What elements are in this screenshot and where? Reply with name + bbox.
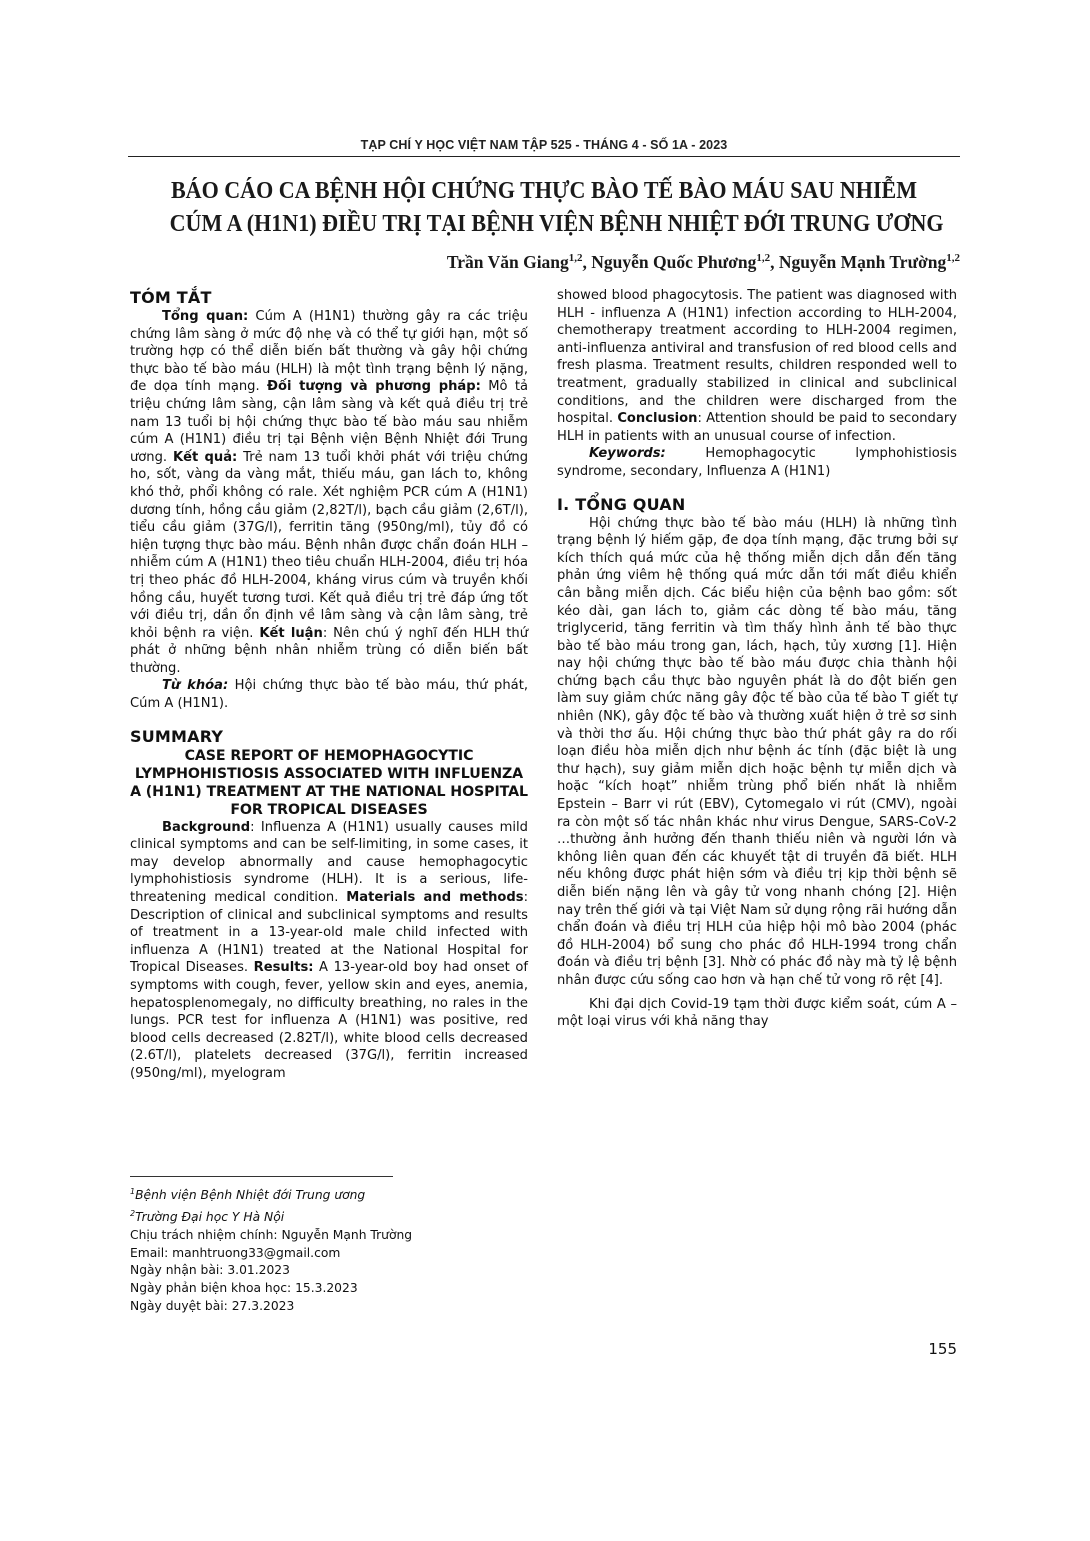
overview-label: Tổng quan: [162, 309, 248, 324]
methods-label: Đối tượng và phương pháp: [267, 379, 481, 394]
summary-body-right: showed blood phagocytosis. The patient w… [557, 287, 957, 445]
author-email: Email: manhtruong33@gmail.com [130, 1245, 530, 1263]
date-accepted: Ngày duyệt bài: 27.3.2023 [130, 1298, 530, 1316]
journal-page: TẠP CHÍ Y HỌC VIỆT NAM TẬP 525 - THÁNG 4… [0, 0, 1090, 1541]
author-list: Trần Văn Giang1,2, Nguyễn Quốc Phương1,2… [128, 252, 960, 273]
date-received: Ngày nhận bài: 3.01.2023 [130, 1262, 530, 1280]
corresponding-author: Chịu trách nhiệm chính: Nguyễn Mạnh Trườ… [130, 1227, 530, 1245]
right-column: showed blood phagocytosis. The patient w… [557, 287, 957, 1031]
summary-title: CASE REPORT OF HEMOPHAGOCYTIC LYMPHOHIST… [130, 747, 528, 819]
author-name: Trần Văn Giang [447, 252, 569, 272]
keywords-en-label: Keywords: [589, 446, 666, 461]
section1-paragraph-2: Khi đại dịch Covid-19 tạm thời được kiểm… [557, 996, 957, 1031]
author-affiliation: 1,2 [946, 252, 960, 264]
conclusion-en-label: Conclusion [617, 411, 697, 426]
keywords-vi: Từ khóa: Hội chứng thực bào tế bào máu, … [130, 677, 528, 712]
keywords-en: Keywords: Hemophagocytic lymphohistiosis… [557, 445, 957, 480]
background-label: Background [162, 820, 250, 835]
author-affiliation: 1,2 [569, 252, 583, 264]
materials-methods-label: Materials and methods [346, 890, 523, 905]
abstract-heading: TÓM TẮT [130, 288, 528, 308]
header-rule [128, 156, 960, 157]
abstract-vi-body: Tổng quan: Cúm A (H1N1) thường gây ra cá… [130, 308, 528, 677]
running-head: TẠP CHÍ Y HỌC VIỆT NAM TẬP 525 - THÁNG 4… [128, 138, 960, 152]
affiliation-2: 2Trường Đại học Y Hà Nội [130, 1205, 530, 1227]
summary-body-left: Background: Influenza A (H1N1) usually c… [130, 819, 528, 1083]
page-number: 155 [900, 1340, 957, 1358]
footnote-rule [130, 1176, 393, 1177]
author-name: Nguyễn Quốc Phương [591, 252, 756, 272]
results-en-label: Results: [254, 960, 314, 975]
section1-paragraph-1: Hội chứng thực bào tế bào máu (HLH) là n… [557, 515, 957, 990]
author-name: Nguyễn Mạnh Trường [779, 252, 946, 272]
summary-heading: SUMMARY [130, 727, 528, 747]
author-affiliation: 1,2 [756, 252, 770, 264]
results-label: Kết quả: [173, 450, 237, 465]
date-reviewed: Ngày phản biện khoa học: 15.3.2023 [130, 1280, 530, 1298]
conclusion-label: Kết luận [259, 626, 323, 641]
title-line-2: CÚM A (H1N1) ĐIỀU TRỊ TẠI BỆNH VIỆN BỆNH… [170, 207, 919, 240]
title-line-1: BÁO CÁO CA BỆNH HỘI CHỨNG THỰC BÀO TẾ BÀ… [170, 174, 919, 207]
article-title: BÁO CÁO CA BỆNH HỘI CHỨNG THỰC BÀO TẾ BÀ… [170, 174, 919, 240]
footnotes: 1Bệnh viện Bệnh Nhiệt đới Trung ương 2Tr… [130, 1183, 530, 1316]
section-heading-overview: I. TỔNG QUAN [557, 495, 957, 515]
affiliation-1: 1Bệnh viện Bệnh Nhiệt đới Trung ương [130, 1183, 530, 1205]
keywords-vi-label: Từ khóa: [162, 678, 228, 693]
left-column: TÓM TẮT Tổng quan: Cúm A (H1N1) thường g… [130, 288, 528, 1083]
